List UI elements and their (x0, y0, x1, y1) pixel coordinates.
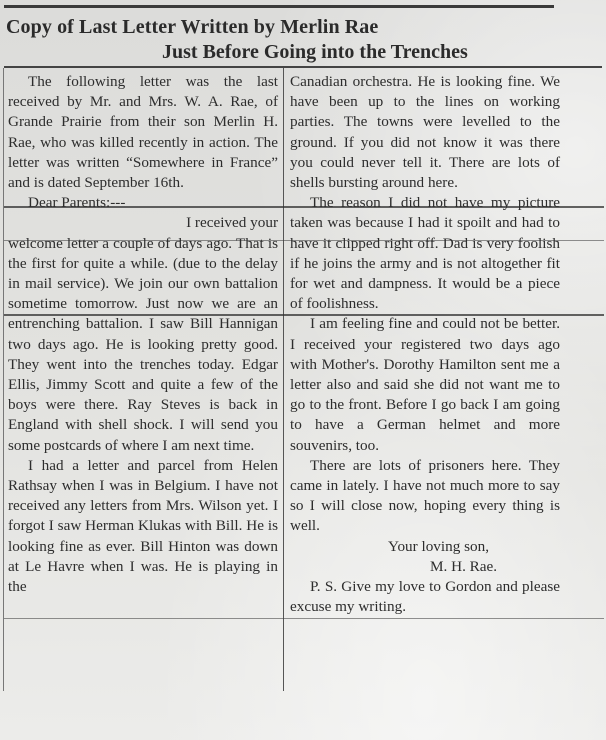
headline-line-2: Just Before Going into the Trenches (6, 40, 566, 64)
letter-paragraph-4: I am feeling fine and could not be bette… (290, 314, 560, 455)
letter-paragraph-3: The reason I did not have my picture tak… (290, 193, 560, 314)
letter-postscript: P. S. Give my love to Gordon and please … (290, 577, 560, 617)
column-divider (283, 68, 284, 691)
letter-paragraph-2-continued: Canadian orchestra. He is looking fine. … (290, 72, 560, 193)
letter-opening: I received your (8, 213, 278, 233)
headline-rule (4, 66, 602, 68)
scan-line (4, 618, 604, 619)
headline-line-1: Copy of Last Letter Written by Merlin Ra… (6, 14, 566, 40)
left-column: The following letter was the last receiv… (8, 72, 278, 597)
letter-signature: M. H. Rae. (290, 557, 560, 577)
newspaper-clipping: Copy of Last Letter Written by Merlin Ra… (0, 0, 606, 740)
letter-closing: Your loving son, (290, 537, 560, 557)
letter-paragraph-1: welcome letter a couple of days ago. Tha… (8, 234, 278, 456)
headline: Copy of Last Letter Written by Merlin Ra… (6, 14, 566, 64)
left-column-border (3, 68, 4, 691)
intro-paragraph: The following letter was the last receiv… (8, 72, 278, 193)
letter-salutation: Dear Parents:--- (8, 193, 278, 213)
top-rule (4, 5, 554, 8)
letter-paragraph-2: I had a letter and parcel from Helen Rat… (8, 456, 278, 597)
letter-paragraph-5: There are lots of prisoners here. They c… (290, 456, 560, 537)
right-column: Canadian orchestra. He is looking fine. … (290, 72, 560, 617)
